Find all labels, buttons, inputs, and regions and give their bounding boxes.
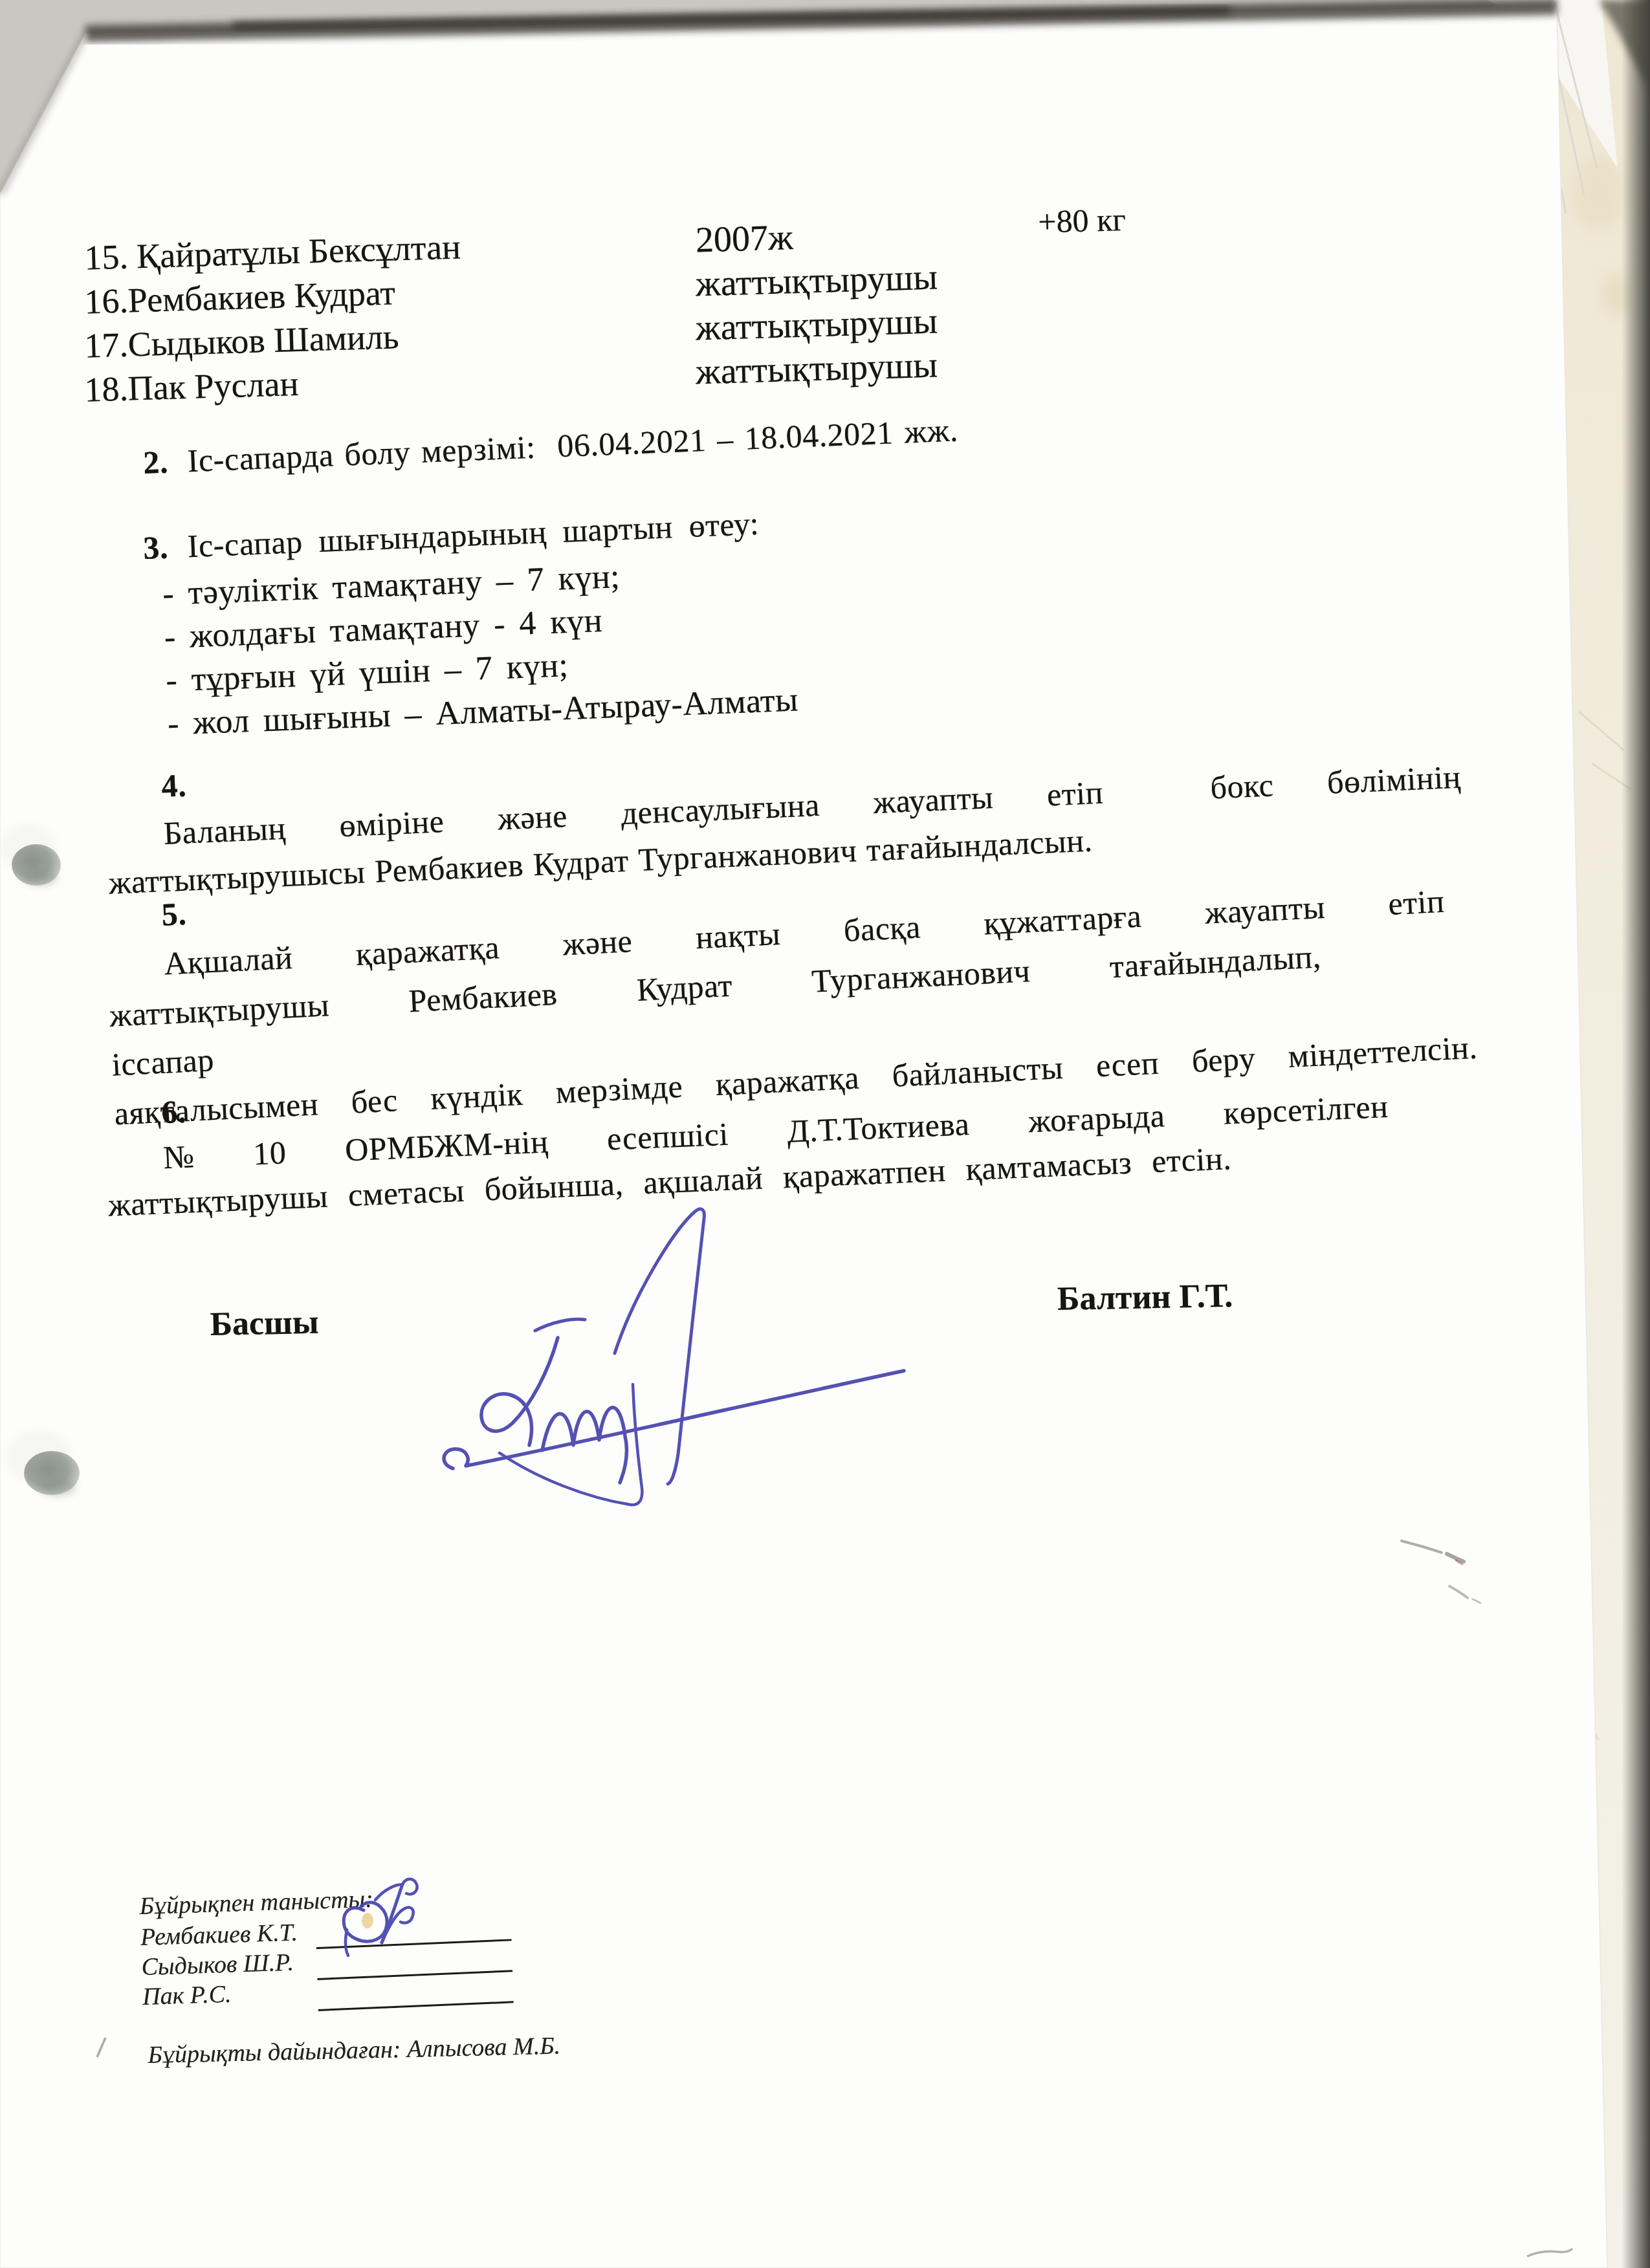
ack-signer-name: Пак Р.С. [142,1981,232,2011]
signer-name: Балтин Г.Т. [1057,1277,1233,1318]
section-2-text: Іс-сапарда болу мерзімі: 06.04.2021 – 18… [187,411,959,479]
acknowledgement-signature-ink [330,1871,427,1965]
role-title: Басшы [210,1304,319,1343]
athlete-name: 16.Рембакиев Кудрат [83,272,395,322]
document-content: 15. Қайратұлы Бексұлтан 2007ж +80 кг 16.… [0,0,1650,2268]
section-5-number: 5. [160,895,187,933]
section-6-number: 6. [160,1093,187,1131]
ack-signer-name: Сыдыков Ш.Р. [141,1949,294,1981]
ack-signer-name: Рембакиев К.Т. [140,1919,298,1951]
weight-class: +80 кг [1038,201,1127,241]
athlete-name: 17.Сыдыков Шамиль [83,316,399,365]
athlete-name: 18.Пак Руслан [83,364,299,410]
ink-blot [362,1913,373,1928]
role-label: жаттықтырушы [695,257,938,305]
scanned-order-page: 15. Қайратұлы Бексұлтан 2007ж +80 кг 16.… [0,0,1650,2268]
section-2-number: 2. [142,443,169,480]
section-3-items: - тәуліктік тамақтану – 7 күн; - жолдағы… [162,549,799,746]
role-label: жаттықтырушы [695,345,938,393]
signature-line [318,2001,514,2011]
athlete-name: 15. Қайратұлы Бексұлтан [83,226,461,278]
section-2: 2.Іс-сапарда болу мерзімі: 06.04.2021 – … [142,407,959,485]
director-signature-ink [427,1190,919,1514]
section-4-number: 4. [160,767,187,804]
birth-year: 2007ж [695,217,794,261]
acknowledgement-block: Бұйрықпен танысты: Рембакиев К.Т. Сыдыко… [139,1874,726,2047]
section-3-number: 3. [142,529,169,565]
role-label: жаттықтырушы [695,301,938,349]
